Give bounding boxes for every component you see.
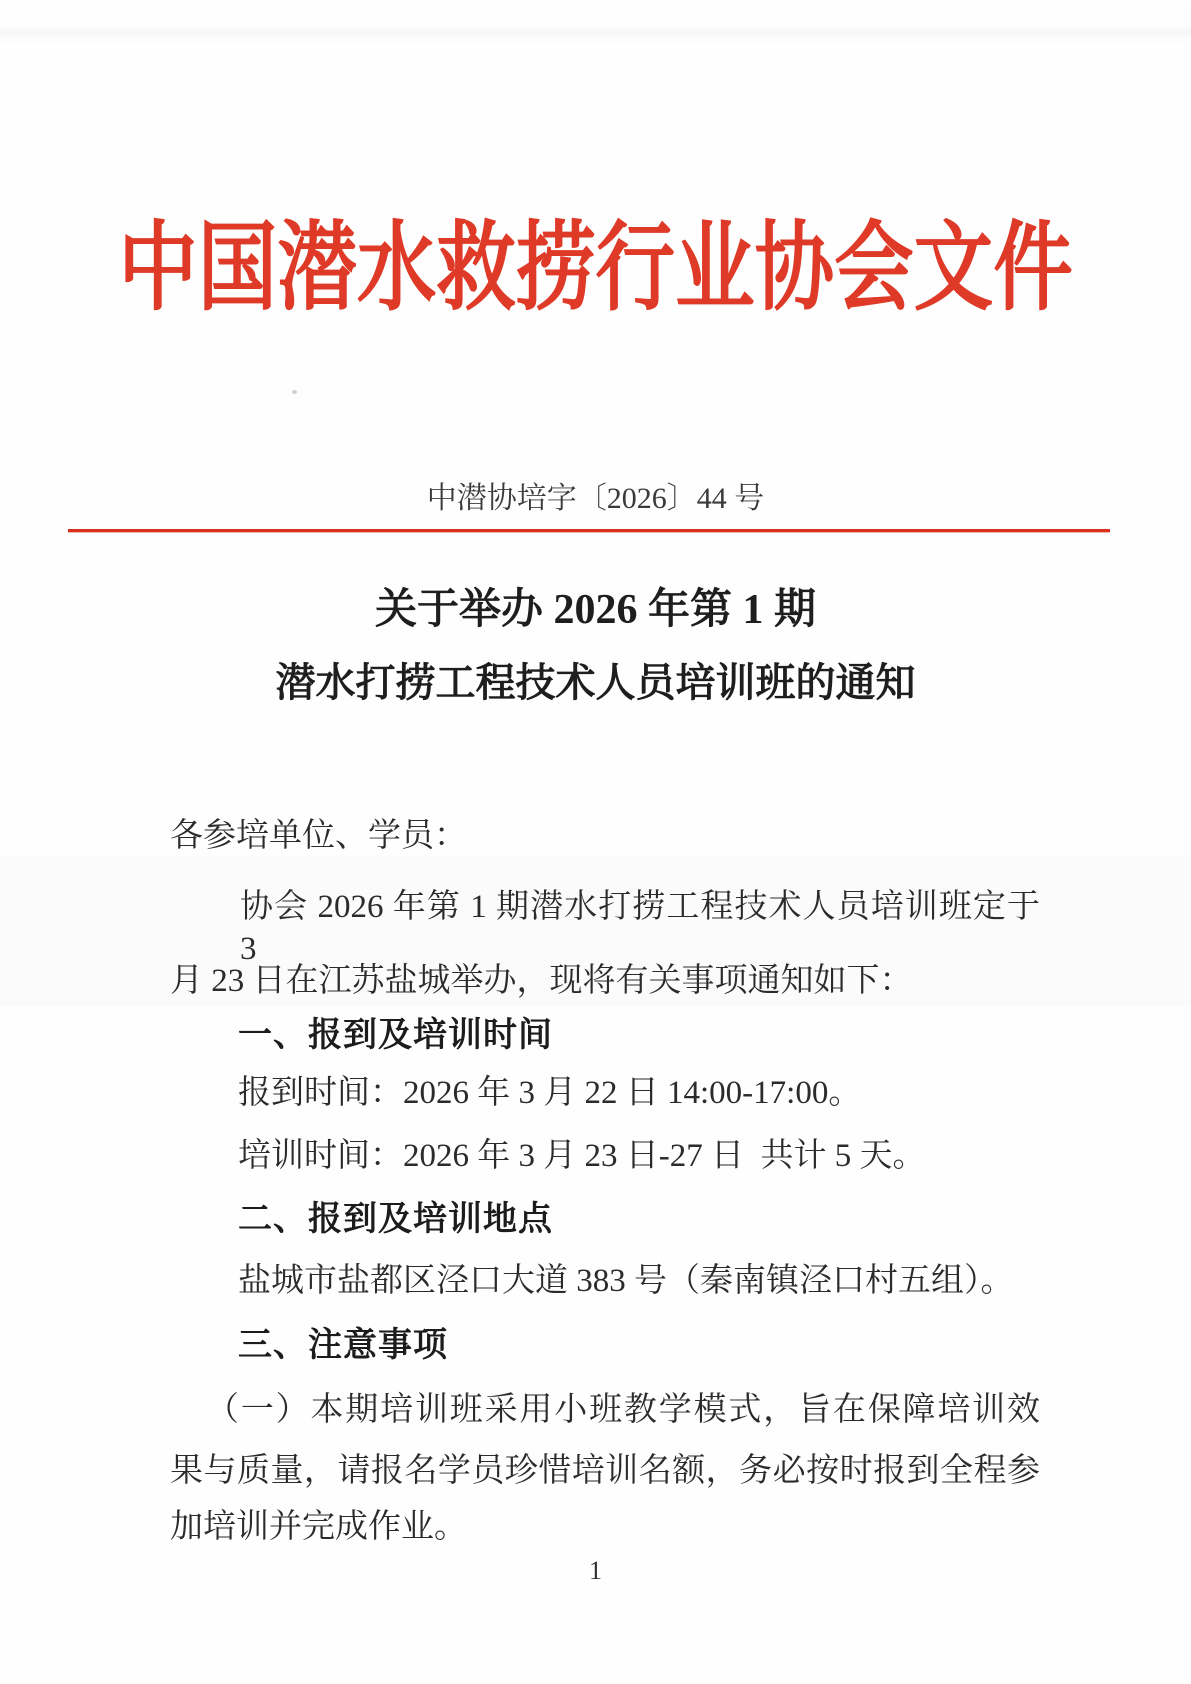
notice-title-line1: 关于举办 2026 年第 1 期 [0,586,1191,634]
document-page: 中国潜水救捞行业协会文件 中潜协培字〔2026〕44 号 关于举办 2026 年… [0,0,1191,1684]
scan-speck [292,390,297,394]
intro-paragraph-line2: 月 23 日在江苏盐城举办，现将有关事项通知如下： [170,960,913,1002]
document-header-title: 中国潜水救捞行业协会文件 [107,212,1084,326]
section2-address: 盐城市盐都区泾口大道 383 号（秦南镇泾口村五组）。 [238,1260,1014,1302]
section1-heading: 一、报到及培训时间 [238,1014,553,1056]
intro-paragraph-line1: 协会 2026 年第 1 期潜水打捞工程技术人员培训班定于 3 [240,886,1040,970]
section2-heading: 二、报到及培训地点 [238,1198,553,1240]
section1-registration-time: 报到时间：2026 年 3 月 22 日 14:00-17:00。 [238,1072,861,1114]
page-number: 1 [0,1556,1191,1586]
section1-training-time: 培训时间：2026 年 3 月 23 日-27 日 共计 5 天。 [238,1135,926,1177]
section3-note-line2: 果与质量，请报名学员珍惜培训名额，务必按时报到全程参 [170,1450,1040,1492]
section3-heading: 三、注意事项 [238,1324,448,1366]
document-number: 中潜协培字〔2026〕44 号 [0,480,1191,518]
section3-note-line3: 加培训并完成作业。 [170,1506,467,1548]
salutation: 各参培单位、学员： [170,815,467,857]
header-divider-rule [68,529,1110,532]
scan-artifact-top-edge [0,0,1191,46]
notice-title-line2: 潜水打捞工程技术人员培训班的通知 [0,659,1191,707]
section3-note-line1: （一）本期培训班采用小班教学模式，旨在保障培训效 [206,1389,1040,1431]
